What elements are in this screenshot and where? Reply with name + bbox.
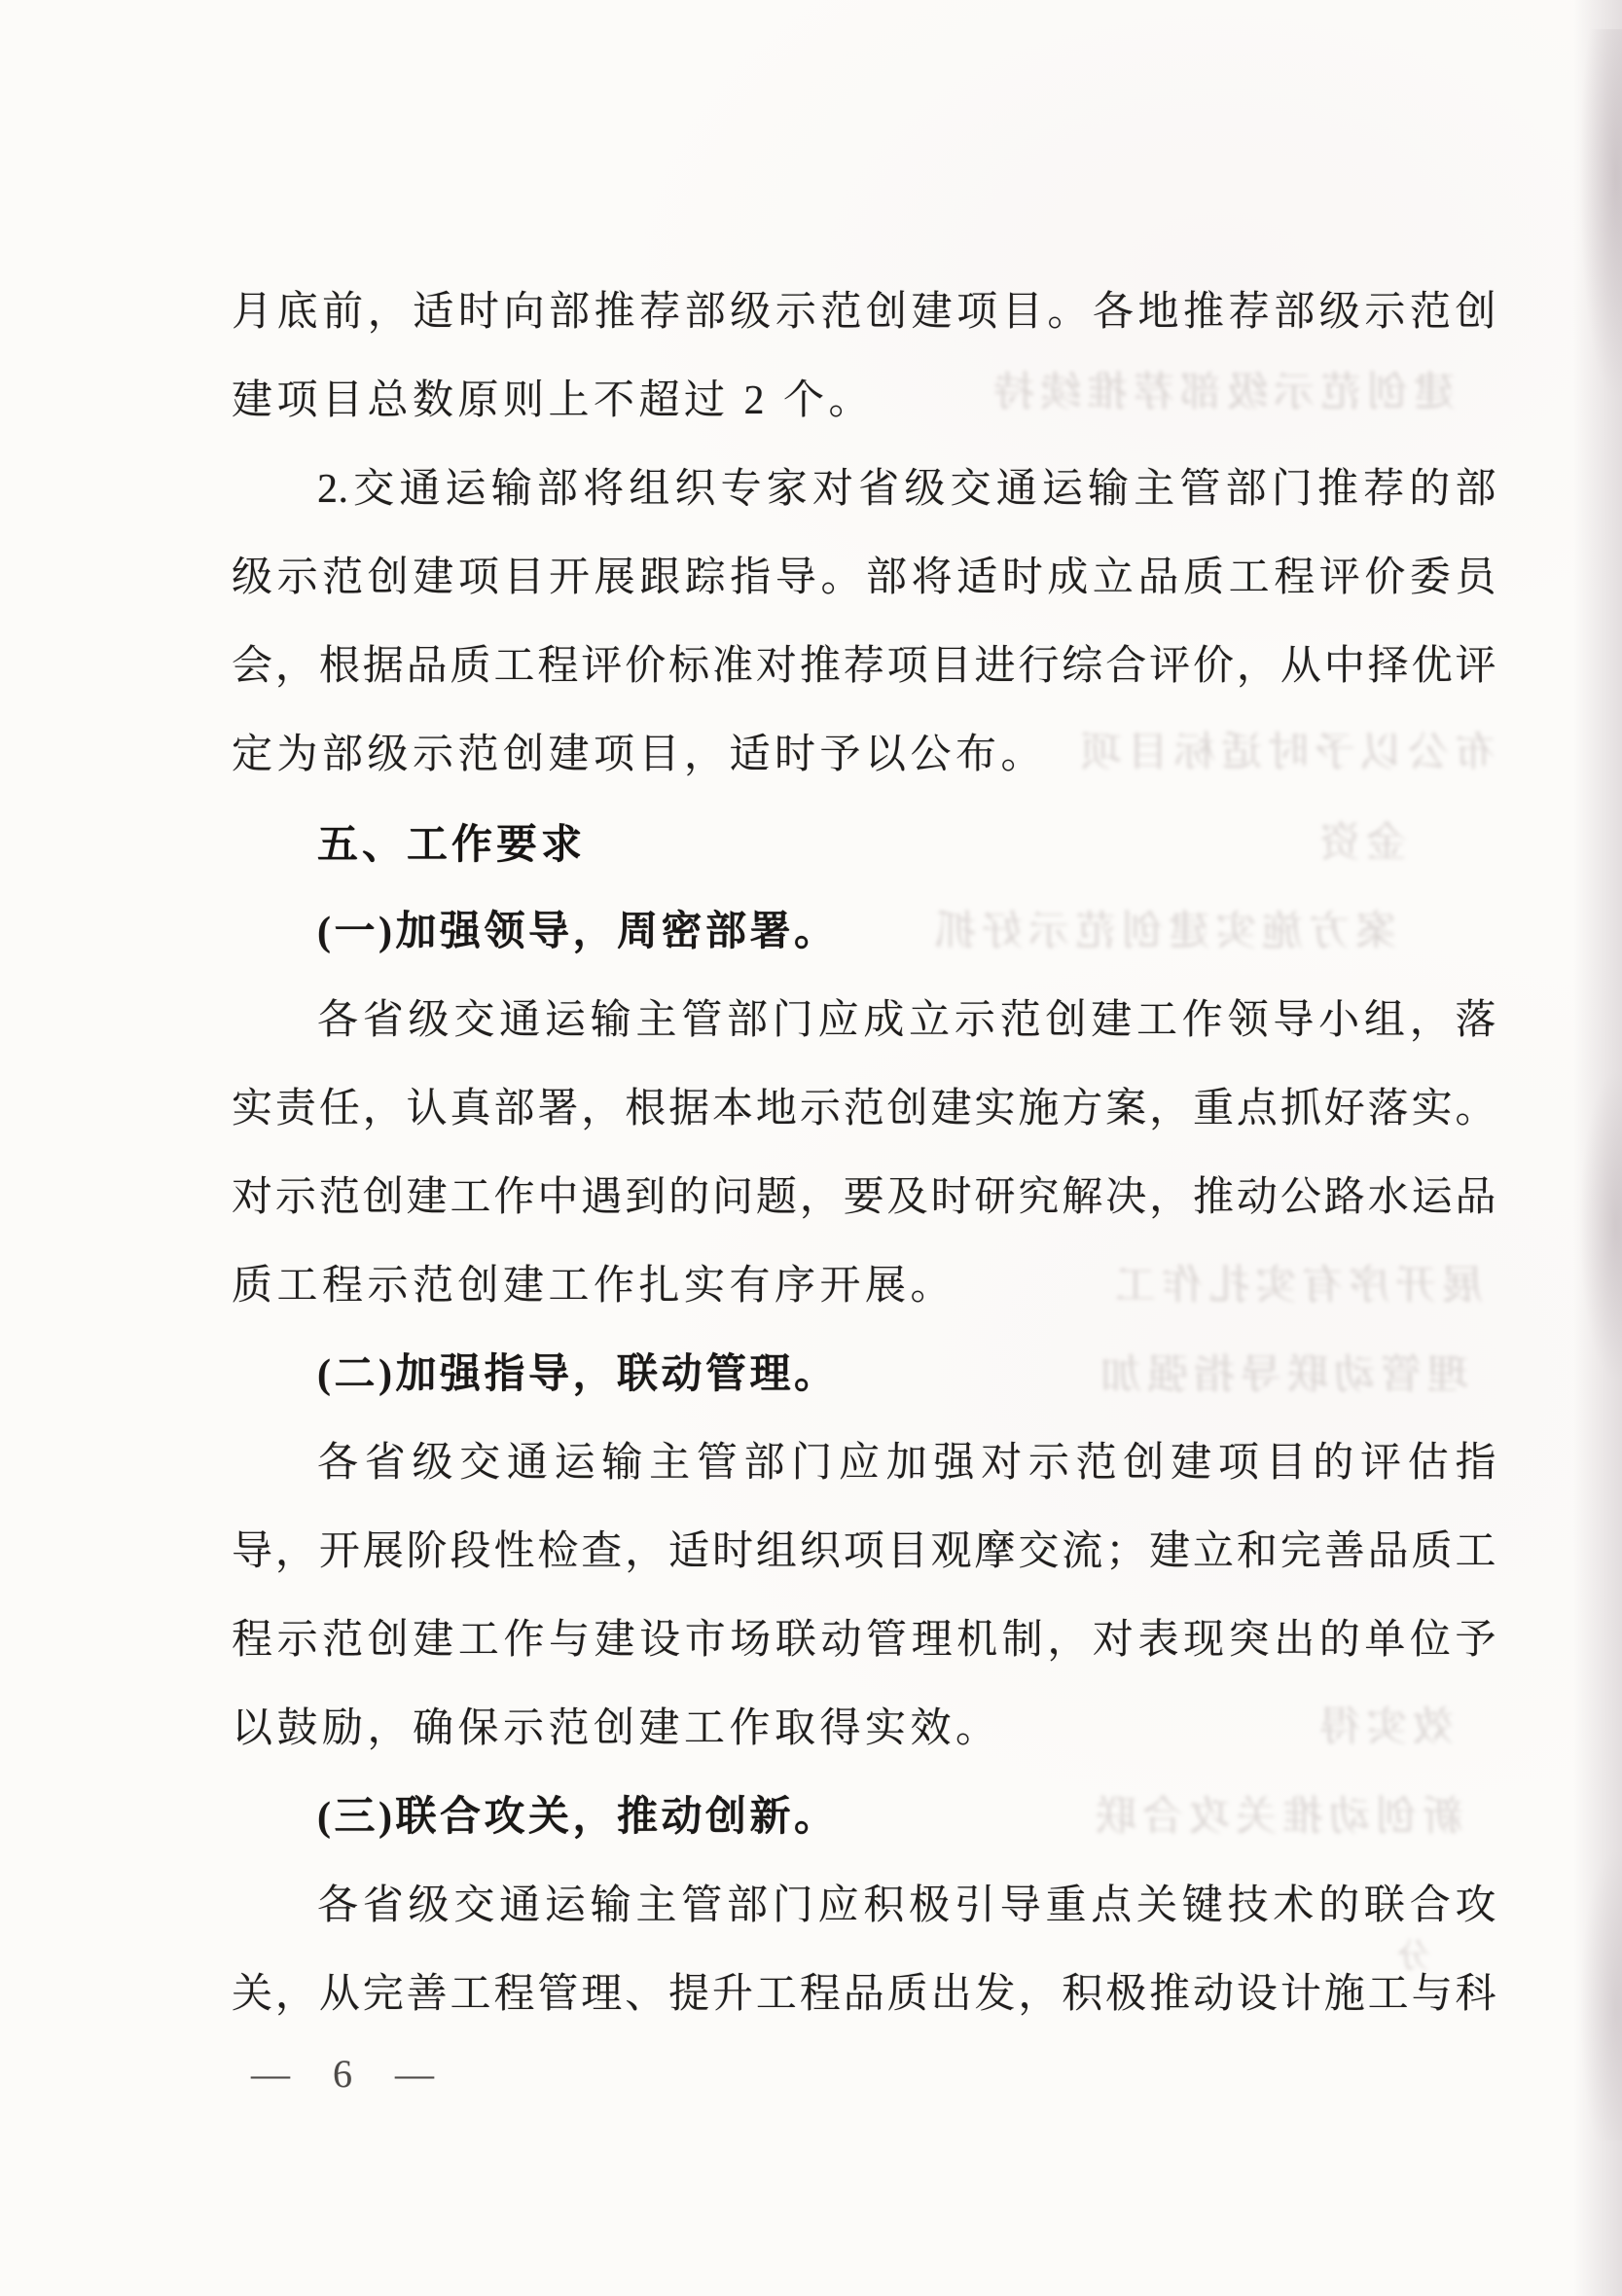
body-line: 月底前，适时向部推荐部级示范创建项目。各地推荐部级示范创 [232, 269, 1496, 357]
body-line: 实责任，认真部署，根据本地示范创建实施方案，重点抓好落实。 [232, 1065, 1496, 1154]
scanned-document-page: { "doc": { "lines": [ {"text": "月底前，适时向部… [0, 0, 1622, 2296]
body-line: 级示范创建项目开展跟踪指导。部将适时成立品质工程评价委员 [232, 534, 1496, 623]
body-line: 导，开展阶段性检查，适时组织项目观摩交流；建立和完善品质工 [232, 1508, 1496, 1596]
body-line: 各省级交通运输主管部门应积极引导重点关键技术的联合攻 [232, 1862, 1496, 1951]
body-line: 各省级交通运输主管部门应成立示范创建工作领导小组，落 [232, 977, 1496, 1065]
document-body: 月底前，适时向部推荐部级示范创建项目。各地推荐部级示范创 建项目总数原则上不超过… [232, 269, 1496, 2039]
body-line: 对示范创建工作中遇到的问题，要及时研究解决，推动公路水运品 [232, 1154, 1496, 1242]
body-line: 2.交通运输部将组织专家对省级交通运输主管部门推荐的部 [232, 446, 1496, 534]
scan-edge-blotch [1579, 1848, 1622, 2140]
body-line: 关，从完善工程管理、提升工程品质出发，积极推动设计施工与科 [232, 1951, 1496, 2039]
subsection-heading-3: (三)联合攻关，推动创新。 [232, 1774, 1496, 1862]
body-line: 定为部级示范创建项目，适时予以公布。 [232, 711, 1496, 800]
body-line: 质工程示范创建工作扎实有序开展。 [232, 1242, 1496, 1331]
body-line: 会，根据品质工程评价标准对推荐项目进行综合评价，从中择优评 [232, 623, 1496, 711]
scan-edge-blotch [1579, 29, 1622, 399]
scan-edge-shadow [1573, 0, 1622, 2296]
body-line: 各省级交通运输主管部门应加强对示范创建项目的评估指 [232, 1419, 1496, 1508]
page-number: — 6 — [251, 2051, 440, 2097]
body-line: 程示范创建工作与建设市场联动管理机制，对表现突出的单位予 [232, 1596, 1496, 1685]
subsection-heading-2: (二)加强指导，联动管理。 [232, 1331, 1496, 1419]
scan-edge-blotch [1579, 1070, 1622, 1381]
subsection-heading-1: (一)加强领导，周密部署。 [232, 888, 1496, 977]
body-line: 建项目总数原则上不超过 2 个。 [232, 357, 1496, 446]
body-line: 以鼓励，确保示范创建工作取得实效。 [232, 1685, 1496, 1774]
section-heading: 五、工作要求 [232, 800, 1496, 888]
